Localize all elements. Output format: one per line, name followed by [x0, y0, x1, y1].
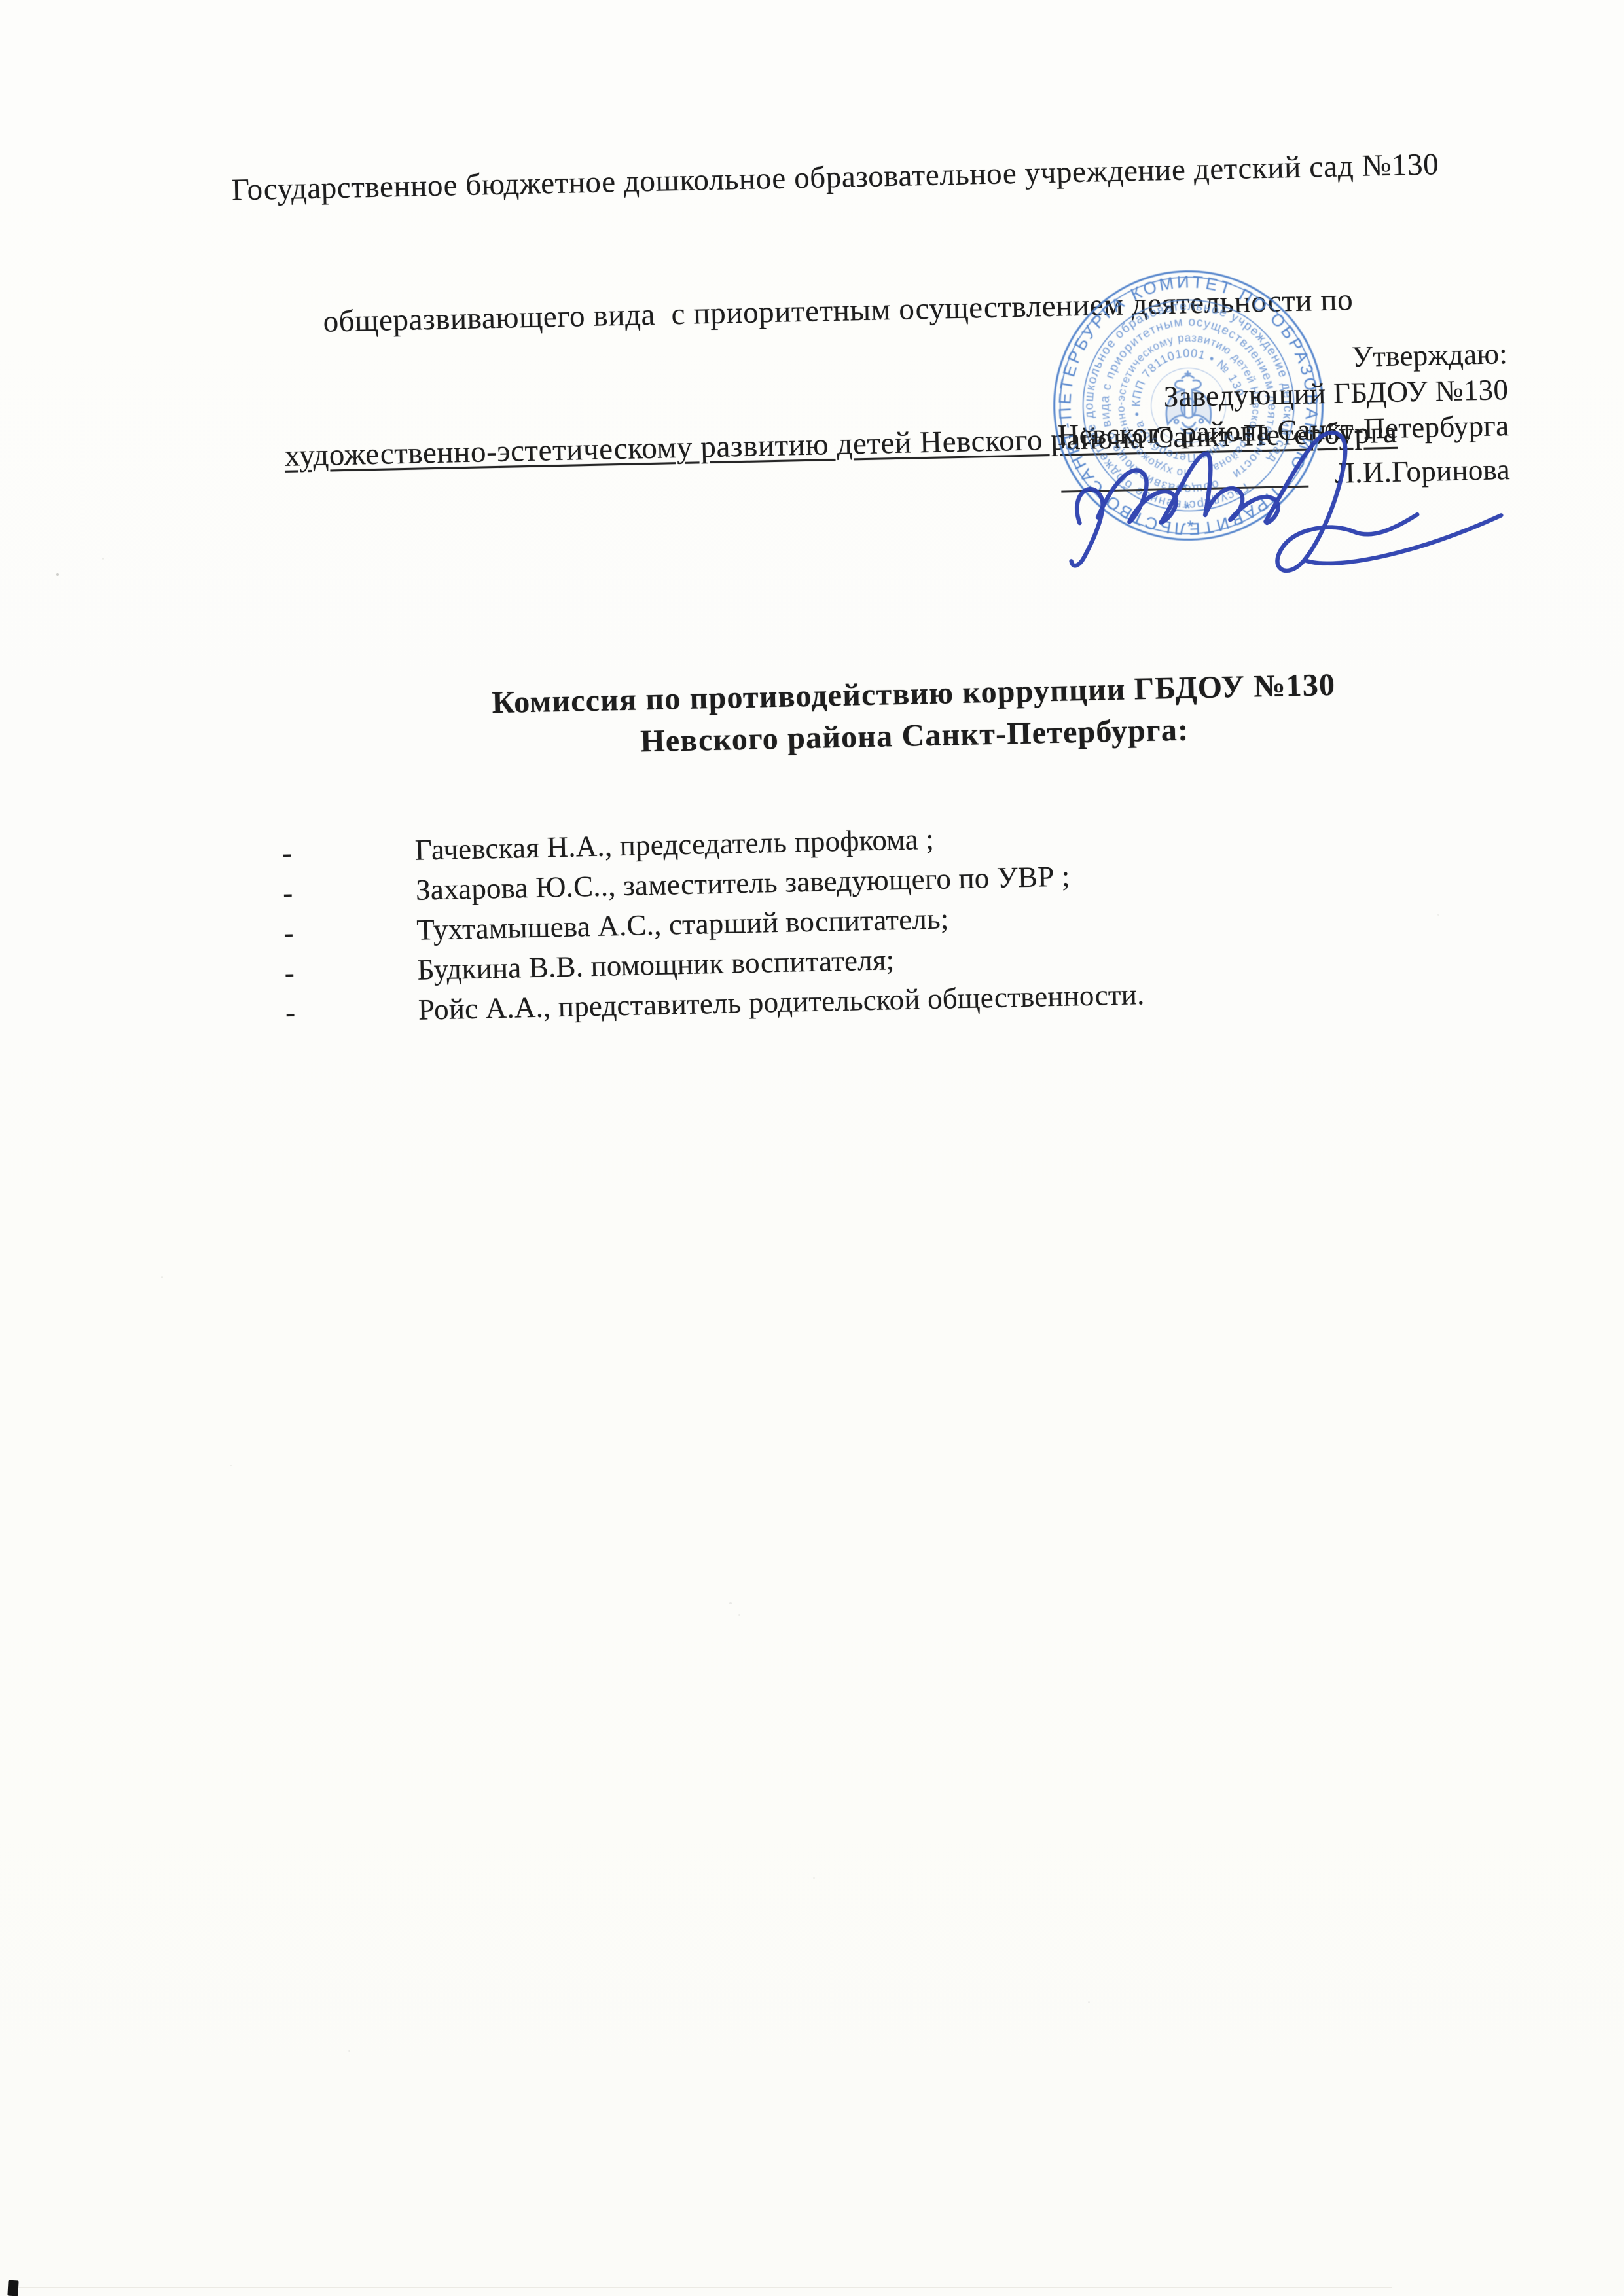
scan-speck	[102, 558, 104, 560]
scan-speck	[230, 1465, 232, 1466]
scanner-edge-line	[17, 2287, 1392, 2288]
handwritten-signature	[1049, 410, 1517, 603]
list-dash: -	[284, 950, 418, 993]
scan-speck	[729, 1602, 732, 1604]
list-dash: -	[283, 870, 416, 913]
commission-title: Комиссия по противодействию коррупции ГБ…	[209, 658, 1618, 772]
header-line-1: Государственное бюджетное дошкольное обр…	[161, 141, 1510, 214]
scan-speck	[1437, 914, 1439, 916]
scan-content: Государственное бюджетное дошкольное обр…	[0, 0, 1624, 2295]
member-list: - Гачевская Н.А., председатель профкома …	[281, 809, 1431, 1033]
list-dash: -	[283, 910, 417, 953]
scan-speck	[738, 1614, 740, 1616]
scan-speck	[56, 573, 59, 576]
scanned-page: Государственное бюджетное дошкольное обр…	[0, 0, 1624, 2296]
scanner-edge-artifact	[7, 2280, 18, 2296]
scan-speck	[161, 1276, 163, 1278]
scan-speck	[813, 1877, 815, 1879]
scan-speck	[1088, 2001, 1090, 2003]
list-dash: -	[281, 831, 415, 873]
scan-speck	[348, 2050, 350, 2052]
list-dash: -	[285, 990, 418, 1033]
